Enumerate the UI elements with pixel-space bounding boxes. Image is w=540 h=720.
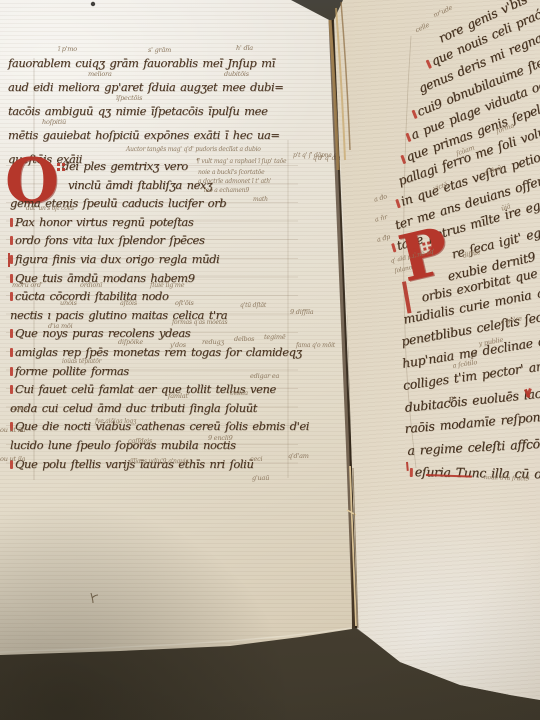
- gloss-annotation: dubitōis: [224, 70, 249, 78]
- gloss-annotation: math: [253, 196, 268, 203]
- gloss-annotation: hoſpitiū: [42, 118, 66, 126]
- gloss-annotation: a đo: [373, 192, 388, 203]
- manuscript-photo: fauorablem cuiqʒ grām fauorablis meī Jnſ…: [0, 0, 540, 720]
- poem-line: forme pollite formas: [10, 362, 342, 381]
- gloss-annotation: q'tū dſtāt: [240, 302, 266, 309]
- gloss-annotation: illīans udiu'9 g'nauis: [130, 458, 188, 465]
- gloss-annotation: caſſdeis: [128, 437, 152, 445]
- gloss-annotation: tegimē: [264, 333, 286, 341]
- gloss-annotation: s' grām: [148, 46, 171, 54]
- gloss-annotation: famlat': [168, 392, 189, 400]
- gloss-annotation: morū ord': [12, 281, 43, 289]
- rubrication-mark: [57, 163, 60, 166]
- text-line: a regime celeſti affcōni deſiderio: [407, 432, 540, 458]
- gloss-annotation: īſpectōis: [116, 94, 142, 102]
- gloss-annotation: celica: [230, 389, 248, 397]
- gloss-annotation: fama q'o mōit: [296, 342, 335, 349]
- gloss-annotation: ſve aiōiga loqʒ: [95, 418, 136, 425]
- gloss-annotation: leō a echamen9: [204, 187, 249, 194]
- gloss-annotation: 9 diffiīa: [290, 308, 314, 316]
- prose-line: aud eidi meliora gp'aret ſduia augʒet me…: [8, 75, 340, 99]
- gloss-annotation: noie a buckl's ſcortatōe: [198, 169, 264, 176]
- gloss-annotation: diſpōike: [118, 338, 143, 346]
- poem-line: Pax honor virtus regnū poteſtas: [10, 213, 342, 232]
- rubrication-mark: [422, 242, 426, 246]
- gloss-annotation: ¶ vult mag' a raphael ī ſup' taōe: [196, 158, 286, 165]
- gloss-annotation: meliora: [88, 70, 112, 78]
- gloss-annotation: edigar ea: [250, 372, 279, 380]
- gloss-annotation: ou ut ila: [0, 455, 25, 463]
- gloss-annotation: h' dīa: [236, 44, 253, 52]
- gloss-annotation: g'uaū: [252, 474, 269, 482]
- poem-line: vinclū āmdi ſtabliſʒa nexʒ: [10, 176, 342, 195]
- poem-line: ordo fons vita lux ſplendor ſpēces: [10, 231, 342, 250]
- gloss-annotation: aqua: [12, 404, 27, 412]
- gloss-annotation: formas q'as mōetas: [172, 319, 227, 326]
- gloss-annotation: a ñr: [374, 213, 388, 224]
- gloss-annotation: P': [448, 395, 456, 405]
- gloss-annotation: ī p'mo: [58, 45, 77, 53]
- gloss-annotation: q'd'am: [288, 452, 309, 460]
- gloss-annotation: ou ut ila: [0, 426, 25, 434]
- gloss-annotation: a doctrīe admonet ī t' ath': [198, 178, 271, 185]
- gloss-annotation: nouil d'iu fruct9: [484, 474, 530, 483]
- gloss-annotation: celle: [414, 21, 431, 34]
- gloss-annotation: P': [470, 351, 478, 361]
- gloss-annotation: d'ia mōi: [48, 322, 73, 330]
- gloss-annotation: ceci: [250, 455, 262, 463]
- gloss-annotation: y'dos: [170, 341, 186, 349]
- rubrication-mark: [406, 462, 409, 471]
- gloss-annotation: 9 encli9: [208, 434, 233, 442]
- poem-line: onda cui celud āmd duc tributi ſingla ſo…: [10, 399, 342, 418]
- poem-line: figura finis via dux origo regla mūdi: [10, 250, 342, 269]
- gloss-annotation: ordionī: [80, 281, 102, 289]
- gloss-annotation: Auctor tangēs mag' q'd' pudoris declīat …: [126, 146, 261, 153]
- rubrication-mark: [408, 249, 412, 253]
- rubrication-mark: [8, 253, 10, 267]
- gloss-annotation: unōis: [60, 299, 77, 307]
- poem-line: Que die nocti viabus cathenas cereū ſoli…: [10, 417, 342, 436]
- gloss-annotation: aſtōis: [120, 299, 137, 307]
- gloss-annotation: oſt'ōis: [175, 299, 194, 307]
- gloss-annotation: ioūas tēplatōr: [62, 358, 101, 365]
- poem-line: đei ples gemtrixʒ vero: [10, 157, 342, 176]
- gloss-annotation: redugʒ: [202, 338, 224, 346]
- gloss-annotation: dat' un's oſt cōes: [26, 205, 74, 212]
- gloss-annotation: p't q' ſ' dāpna q' +: [293, 152, 345, 159]
- gloss-annotation: delbos: [234, 335, 254, 343]
- gloss-annotation: nr'ude: [432, 4, 454, 20]
- gloss-annotation: fluiē lig'me: [150, 281, 184, 289]
- prose-line: fauorablem cuiqʒ grām fauorablis meī Jnſ…: [8, 51, 340, 75]
- gloss-annotation: a đp: [376, 233, 391, 244]
